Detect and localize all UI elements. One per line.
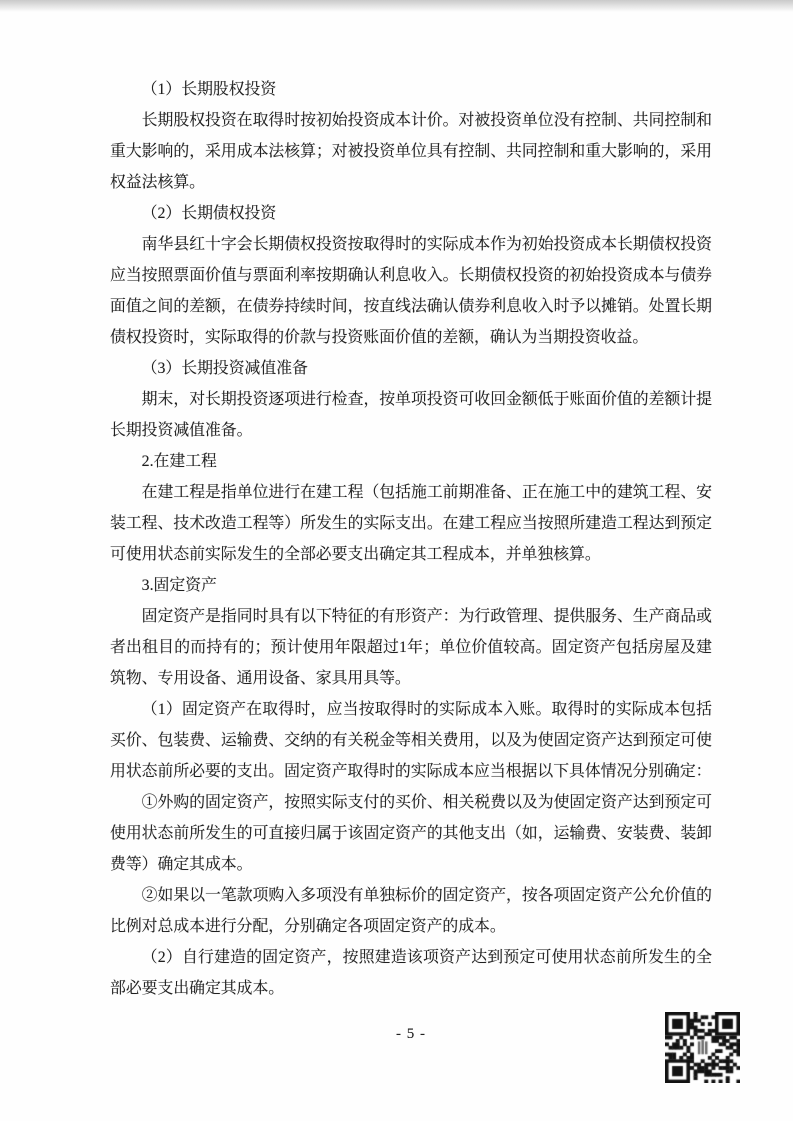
paragraph: ①外购的固定资产，按照实际支付的买价、相关税费以及为使固定资产达到预定可使用状态…: [110, 787, 712, 880]
page-number: - 5 -: [110, 1026, 712, 1043]
paragraph: （2）长期债权投资: [110, 198, 712, 229]
paragraph: ②如果以一笔款项购入多项没有单独标价的固定资产，按各项固定资产公允价值的比例对总…: [110, 880, 712, 942]
paragraph: 3.固定资产: [110, 570, 712, 601]
paragraph: 在建工程是指单位进行在建工程（包括施工前期准备、正在施工中的建筑工程、安装工程、…: [110, 477, 712, 570]
paragraph: 长期股权投资在取得时按初始投资成本计价。对被投资单位没有控制、共同控制和重大影响…: [110, 105, 712, 198]
paragraph: （3）长期投资减值准备: [110, 353, 712, 384]
paragraph: （1）长期股权投资: [110, 74, 712, 105]
paragraph: 固定资产是指同时具有以下特征的有形资产：为行政管理、提供服务、生产商品或者出租目…: [110, 601, 712, 694]
document-page: （1）长期股权投资 长期股权投资在取得时按初始投资成本计价。对被投资单位没有控制…: [0, 0, 793, 1121]
qr-code: [665, 1012, 740, 1083]
paragraph: 期末，对长期投资逐项进行检查，按单项投资可收回金额低于账面价值的差额计提长期投资…: [110, 384, 712, 446]
paragraph: （1）固定资产在取得时，应当按取得时的实际成本入账。取得时的实际成本包括买价、包…: [110, 694, 712, 787]
scan-artifact-top-edge: [0, 0, 793, 12]
paragraph: （2）自行建造的固定资产，按照建造该项资产达到预定可使用状态前所发生的全部必要支…: [110, 942, 712, 1004]
paragraph: 南华县红十字会长期债权投资按取得时的实际成本作为初始投资成本长期债权投资应当按照…: [110, 229, 712, 353]
paragraph: 2.在建工程: [110, 446, 712, 477]
qr-code-canvas: [665, 1012, 740, 1083]
document-body: （1）长期股权投资 长期股权投资在取得时按初始投资成本计价。对被投资单位没有控制…: [110, 74, 712, 1004]
